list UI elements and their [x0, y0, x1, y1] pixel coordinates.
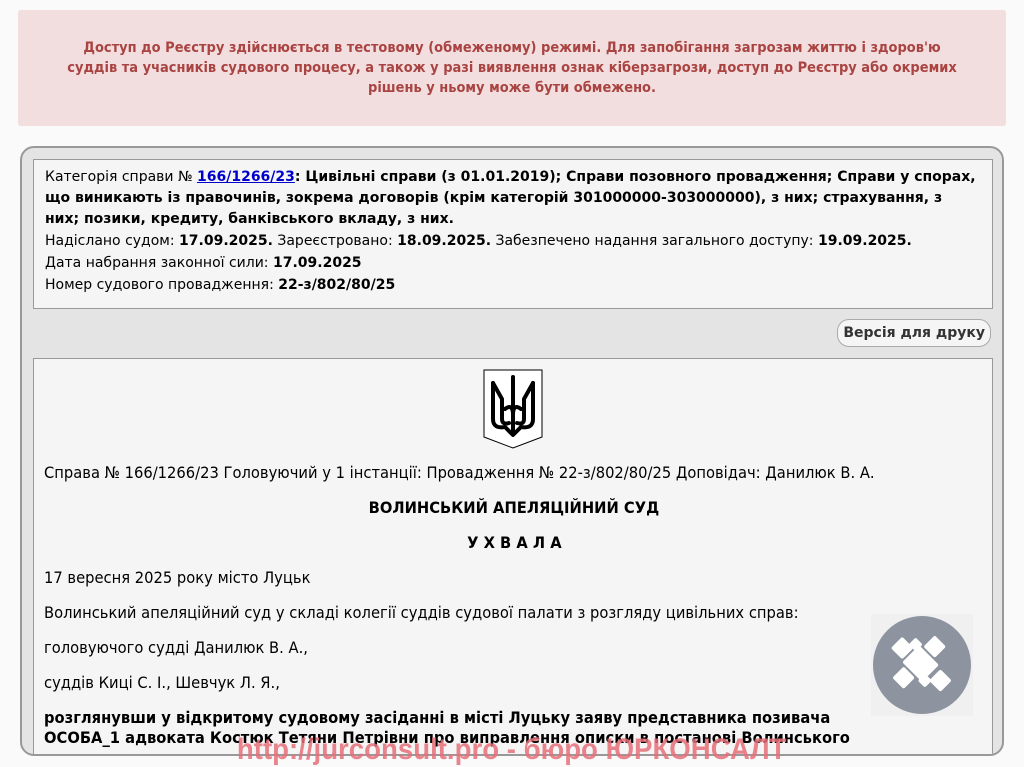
case-number-link[interactable]: 166/1266/23	[197, 169, 295, 185]
body-paragraph-line-1: розглянувши у відкритому судовому засіда…	[44, 708, 984, 728]
puzzle-pieces-icon[interactable]	[871, 614, 973, 716]
case-header-line: Справа № 166/1266/23 Головуючий у 1 інст…	[44, 463, 984, 483]
decision-document: Справа № 166/1266/23 Головуючий у 1 інст…	[33, 358, 993, 756]
judges: суддів Киці С. І., Шевчук Л. Я.,	[44, 673, 984, 693]
document-type: У Х В А Л А	[44, 533, 984, 553]
case-category: Категорія справи № 166/1266/23: Цивільні…	[45, 167, 981, 230]
effective-date-row: Дата набрання законної сили: 17.09.2025	[45, 253, 981, 274]
watermark-banner: http://jurconsult.pro - бюро ЮРКОНСАЛТ	[0, 733, 1024, 767]
access-notice: Доступ до Реєстру здійснюється в тестово…	[18, 10, 1006, 126]
proceeding-number: 22-з/802/80/25	[278, 277, 395, 293]
proceeding-number-row: Номер судового провадження: 22-з/802/80/…	[45, 275, 981, 296]
date-place: 17 вересня 2025 року місто Луцьк	[44, 568, 984, 588]
effective-date: 17.09.2025	[273, 255, 362, 271]
court-name: ВОЛИНСЬКИЙ АПЕЛЯЦІЙНИЙ СУД	[44, 498, 984, 518]
decision-frame: Категорія справи № 166/1266/23: Цивільні…	[20, 146, 1004, 756]
case-dates: Надіслано судом: 17.09.2025. Зареєстрова…	[45, 231, 981, 252]
case-info-panel: Категорія справи № 166/1266/23: Цивільні…	[33, 159, 993, 309]
print-version-button[interactable]: Версія для друку	[837, 319, 991, 347]
panel-intro: Волинський апеляційний суд у складі коле…	[44, 603, 984, 623]
document-body: Справа № 166/1266/23 Головуючий у 1 інст…	[44, 463, 984, 756]
registered-date: 18.09.2025.	[397, 233, 491, 249]
presiding-judge: головуючого судді Данилюк В. А.,	[44, 638, 984, 658]
sent-date: 17.09.2025.	[179, 233, 273, 249]
coat-of-arms-icon	[483, 369, 543, 449]
access-date: 19.09.2025.	[818, 233, 912, 249]
access-notice-text: Доступ до Реєстру здійснюється в тестово…	[66, 38, 959, 98]
